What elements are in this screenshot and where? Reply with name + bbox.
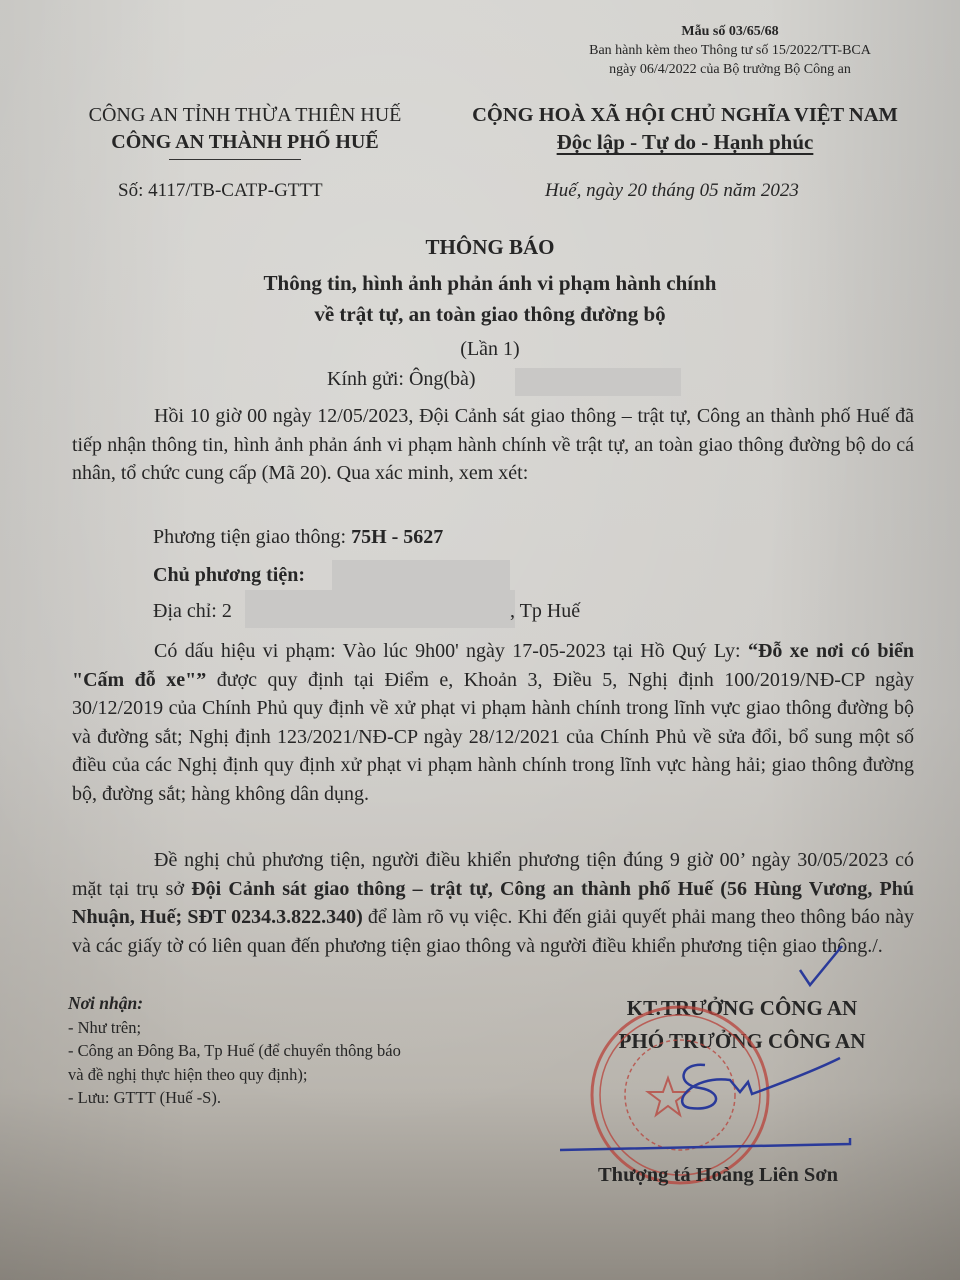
signer-name: Thượng tá Hoàng Liên Sơn bbox=[598, 1164, 838, 1187]
official-stamp-icon bbox=[592, 1007, 768, 1183]
stamp-and-signature-overlay bbox=[0, 0, 960, 1280]
checkmark-icon bbox=[800, 946, 842, 985]
